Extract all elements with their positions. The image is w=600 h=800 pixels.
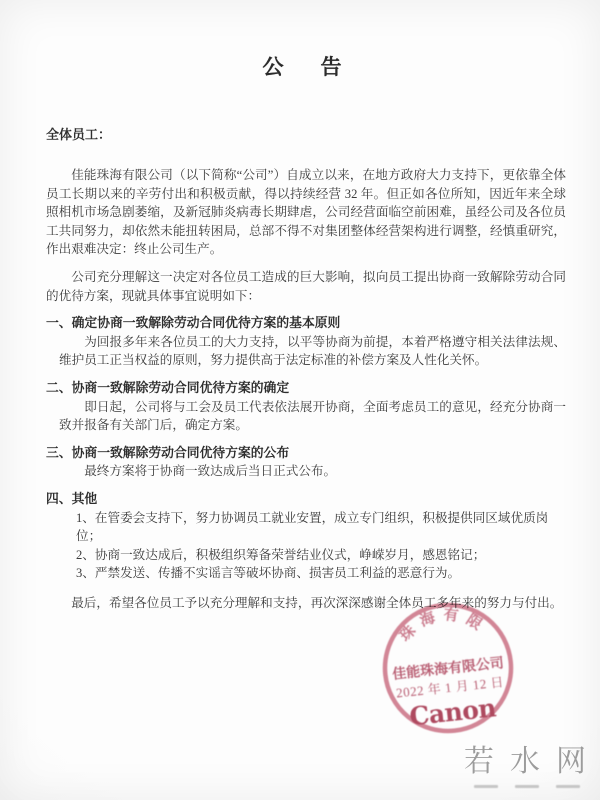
watermark-fineprint-marks (464, 785, 586, 788)
announcement-page: 公 告 全体员工： 佳能珠海有限公司（以下简称“公司”）自成立以来，在地方政府大… (0, 0, 600, 800)
site-watermark: 若水网 (464, 736, 586, 788)
list-item: 3、严禁发送、传播不实谣言等破坏协商、损害员工利益的恶意行为。 (76, 564, 566, 583)
fineprint-mark (474, 785, 498, 788)
paragraph-intro: 佳能珠海有限公司（以下简称“公司”）自成立以来，在地方政府大力支持下，更依靠全体… (46, 166, 566, 259)
canon-logo: Canon (408, 693, 498, 731)
paragraph-decision: 公司充分理解这一决定对各位员工造成的巨大影响，拟向员工提出协商一致解除劳动合同的… (46, 268, 566, 305)
section-3-body: 最终方案将于协商一致达成后当日正式公布。 (59, 462, 566, 481)
section-1-heading: 一、确定协商一致解除劳动合同优待方案的基本原则 (46, 314, 566, 333)
fineprint-mark (556, 785, 580, 788)
page-title: 公 告 (46, 52, 566, 82)
section-4-items: 1、在管委会支持下，努力协调员工就业安置，成立专门组织，积极提供同区域优质岗位；… (76, 509, 566, 583)
list-item: 2、协商一致达成后，积极组织筹备荣誉结业仪式，峥嵘岁月，感恩铭记； (76, 546, 566, 565)
watermark-text: 若水网 (464, 736, 600, 780)
salutation: 全体员工： (46, 124, 566, 143)
section-2-heading: 二、协商一致解除劳动合同优待方案的确定 (46, 379, 566, 398)
section-3-heading: 三、协商一致解除劳动合同优待方案的公布 (46, 444, 566, 463)
section-4-heading: 四、其他 (46, 490, 566, 509)
document-content: 公 告 全体员工： 佳能珠海有限公司（以下简称“公司”）自成立以来，在地方政府大… (0, 0, 600, 612)
section-2-body: 即日起，公司将与工会及员工代表依法展开协商，全面考虑员工的意见，经充分协商一致并… (59, 398, 566, 435)
section-1-body: 为回报多年来各位员工的大力支持，以平等协商为前提，本着严格遵守相关法律法规、维护… (59, 333, 566, 370)
company-seal-stamp: 珠海有限 佳能珠海有限公司 2022 年 1 月 12 日 Canon (374, 594, 522, 742)
list-item: 1、在管委会支持下，努力协调员工就业安置，成立专门组织，积极提供同区域优质岗位； (76, 509, 566, 546)
fineprint-mark (515, 785, 539, 788)
